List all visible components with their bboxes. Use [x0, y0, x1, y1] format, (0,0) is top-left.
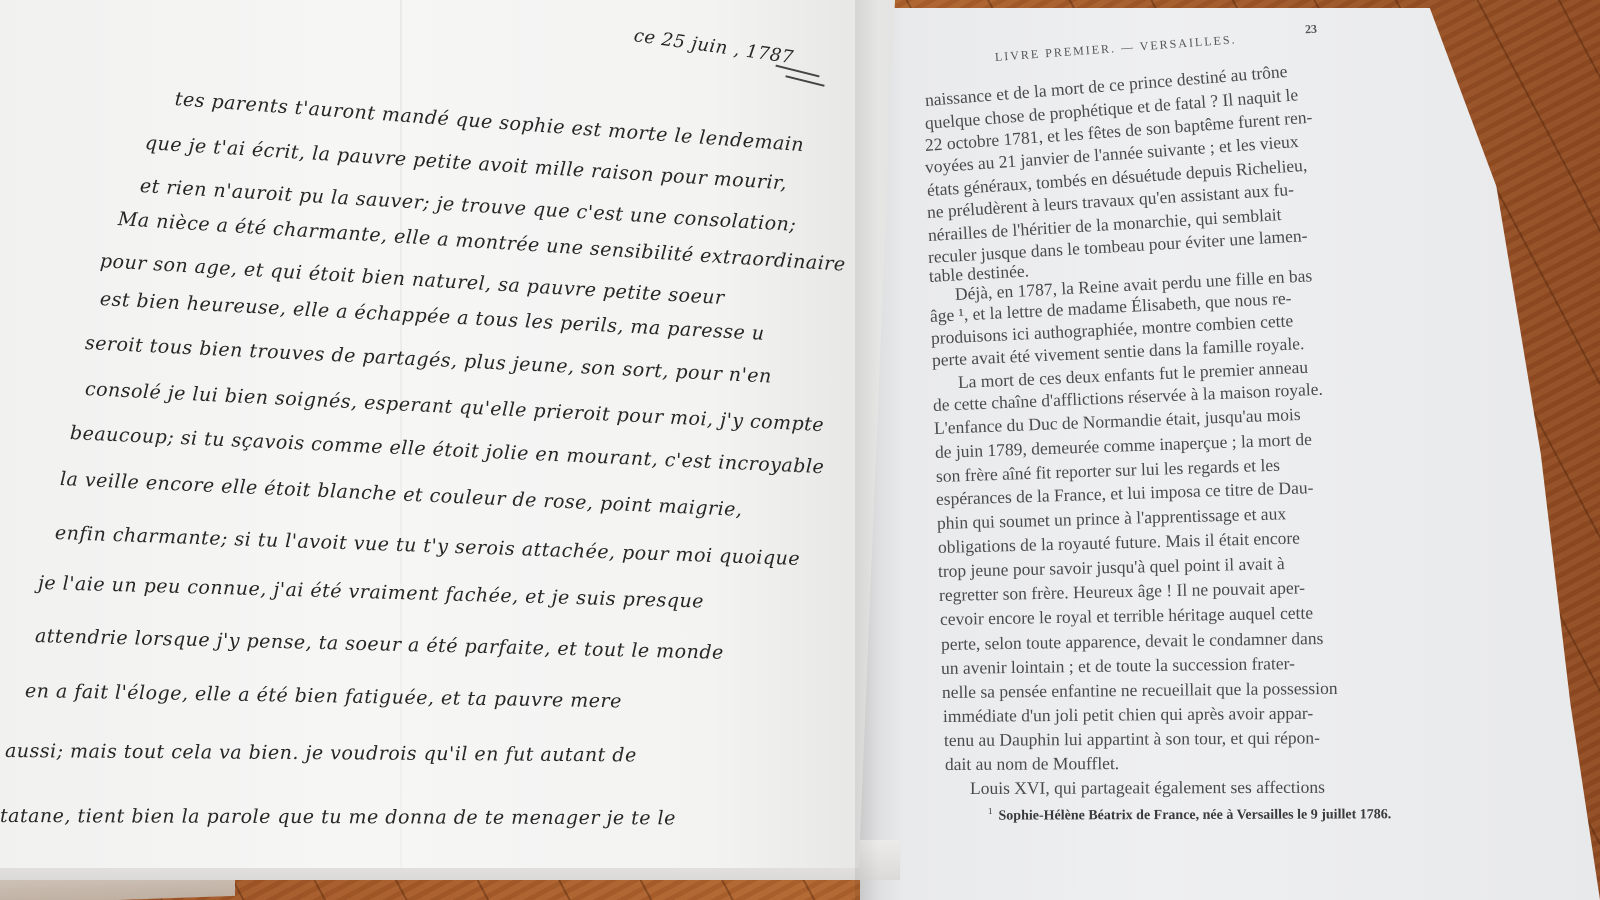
printed-line: dait au nom de Moufflet.	[945, 753, 1119, 775]
handwritten-line: aussi; mais tout cela va bien. je voudro…	[5, 740, 637, 766]
book-gutter	[855, 0, 895, 900]
footnote: 1Sophie-Hélène Béatrix de France, née à …	[988, 805, 1391, 825]
footnote-text: Sophie-Hélène Béatrix de France, née à V…	[998, 807, 1391, 823]
page-number: 23	[1305, 22, 1318, 38]
footnote-marker: 1	[988, 806, 993, 816]
printed-line: Louis XVI, qui partageait également ses …	[970, 777, 1325, 799]
printed-line: nelle sa pensée enfantine ne recueillait…	[942, 678, 1338, 703]
handwritten-line: tatane, tient bien la parole que tu me d…	[0, 805, 676, 829]
printed-line: immédiate d'un joli petit chien qui aprè…	[943, 703, 1313, 727]
printed-line: tenu au Dauphin lui appartint à son tour…	[944, 727, 1320, 751]
